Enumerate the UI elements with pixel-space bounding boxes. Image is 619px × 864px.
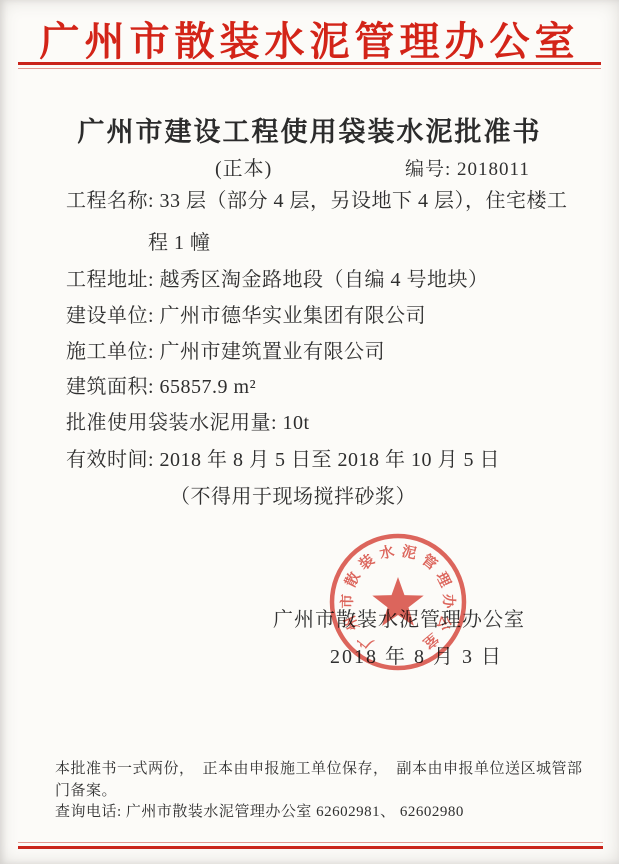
svg-text:广: 广 [353,629,376,652]
document-title: 广州市建设工程使用袋装水泥批准书 [0,110,619,149]
svg-text:散: 散 [341,568,364,589]
svg-text:办: 办 [440,594,457,609]
field-project-name-line2: 程 1 幢 [148,230,211,256]
svg-text:公: 公 [433,613,455,634]
field-building-area: 建筑面积: 65857.9 m² [66,374,256,400]
field-approved-bagged-cement-quantity: 批准使用袋装水泥用量: 10t [66,410,310,436]
footer-note-line2: 门备案。 [55,779,117,800]
approval-document-page: 广州市散装水泥管理办公室 广州市建设工程使用袋装水泥批准书 (正本) 编号: 2… [0,0,619,864]
svg-text:装: 装 [356,551,378,574]
footer-phone-line: 查询电话: 广州市散装水泥管理办公室 62602981、 62602980 [55,800,464,821]
field-restriction-note: （不得用于现场搅拌砂浆） [170,484,416,510]
field-valid-period: 有效时间: 2018 年 8 月 5 日至 2018 年 10 月 5 日 [66,447,500,473]
field-construction-contractor: 施工单位: 广州市建筑置业有限公司 [66,339,385,365]
copy-type-label: (正本) [215,152,272,181]
letterhead-divider-thick [18,62,601,65]
official-red-seal: 广州市散装水泥管理办公室 [327,531,469,673]
svg-text:管: 管 [418,550,441,573]
svg-text:理: 理 [432,569,454,590]
svg-text:水: 水 [378,543,396,563]
footer-divider-thin [18,842,603,843]
field-project-address: 工程地址: 越秀区淘金路地段（自编 4 号地块） [66,267,489,293]
letterhead-divider-thin [18,68,601,69]
letterhead-title: 广州市散装水泥管理办公室 [0,10,619,67]
document-number: 编号: 2018011 [405,154,530,181]
svg-text:市: 市 [338,593,356,608]
footer-divider-thick [18,846,603,849]
document-number-label: 编号: [405,159,451,180]
seal-star-icon [372,577,423,626]
svg-text:州: 州 [341,613,362,633]
footer-note-line1: 本批准书一式两份， 正本由申报施工单位保存， 副本由申报单位送区城管部 [55,757,583,778]
field-project-name-line1: 工程名称: 33 层（部分 4 层，另设地下 4 层），住宅楼工 [66,188,568,214]
svg-text:泥: 泥 [400,542,419,563]
document-number-value: 2018011 [457,159,530,180]
field-construction-owner: 建设单位: 广州市德华实业集团有限公司 [66,303,426,329]
svg-text:室: 室 [419,630,442,653]
